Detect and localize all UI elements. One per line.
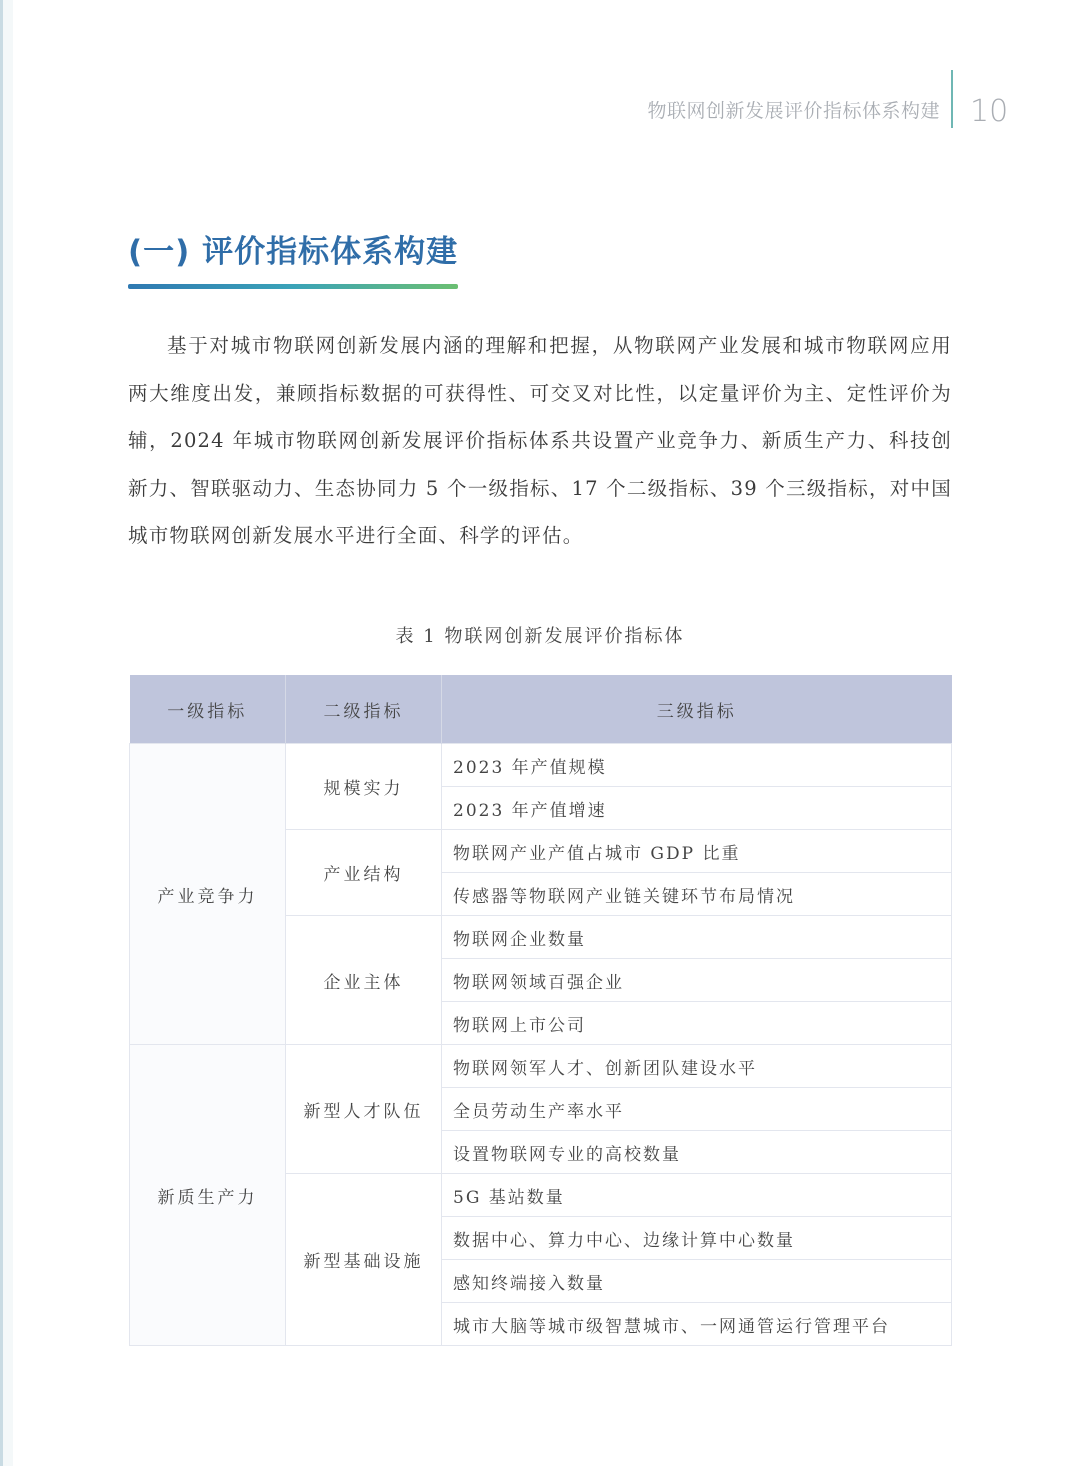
- header-divider: [951, 70, 953, 128]
- level2-cell: 规模实力: [286, 744, 442, 830]
- page-number: 10: [970, 94, 1008, 129]
- level2-cell: 企业主体: [286, 916, 442, 1045]
- header-level1: 一级指标: [130, 675, 286, 744]
- table-caption: 表 1 物联网创新发展评价指标体: [0, 622, 1080, 648]
- level3-cell: 全员劳动生产率水平: [442, 1088, 952, 1131]
- level3-cell: 物联网领军人才、创新团队建设水平: [442, 1045, 952, 1088]
- level1-cell: 产业竞争力: [130, 744, 286, 1045]
- section-title-underline: [128, 284, 458, 289]
- level2-cell: 新型人才队伍: [286, 1045, 442, 1174]
- level3-cell: 城市大脑等城市级智慧城市、一网通管运行管理平台: [442, 1303, 952, 1346]
- level3-cell: 5G 基站数量: [442, 1174, 952, 1217]
- table-row: 新质生产力 新型人才队伍 物联网领军人才、创新团队建设水平: [130, 1045, 952, 1088]
- level2-cell: 新型基础设施: [286, 1174, 442, 1346]
- table-header-row: 一级指标 二级指标 三级指标: [130, 675, 952, 744]
- level3-cell: 传感器等物联网产业链关键环节布局情况: [442, 873, 952, 916]
- header-level3: 三级指标: [442, 675, 952, 744]
- level3-cell: 数据中心、算力中心、边缘计算中心数量: [442, 1217, 952, 1260]
- level3-cell: 感知终端接入数量: [442, 1260, 952, 1303]
- level2-cell: 产业结构: [286, 830, 442, 916]
- level3-cell: 物联网产业产值占城市 GDP 比重: [442, 830, 952, 873]
- level3-cell: 物联网企业数量: [442, 916, 952, 959]
- level1-cell: 新质生产力: [130, 1045, 286, 1346]
- section-title: (一) 评价指标体系构建: [128, 226, 458, 271]
- body-paragraph: 基于对城市物联网创新发展内涵的理解和把握，从物联网产业发展和城市物联网应用两大维…: [128, 322, 952, 560]
- header-level2: 二级指标: [286, 675, 442, 744]
- table-row: 产业竞争力 规模实力 2023 年产值规模: [130, 744, 952, 787]
- level3-cell: 物联网领域百强企业: [442, 959, 952, 1002]
- level3-cell: 物联网上市公司: [442, 1002, 952, 1045]
- indicator-table: 一级指标 二级指标 三级指标 产业竞争力 规模实力 2023 年产值规模 202…: [129, 675, 952, 1346]
- level3-cell: 设置物联网专业的高校数量: [442, 1131, 952, 1174]
- running-header-title: 物联网创新发展评价指标体系构建: [647, 96, 940, 123]
- page-edge-highlight: [3, 0, 13, 1466]
- level3-cell: 2023 年产值规模: [442, 744, 952, 787]
- level3-cell: 2023 年产值增速: [442, 787, 952, 830]
